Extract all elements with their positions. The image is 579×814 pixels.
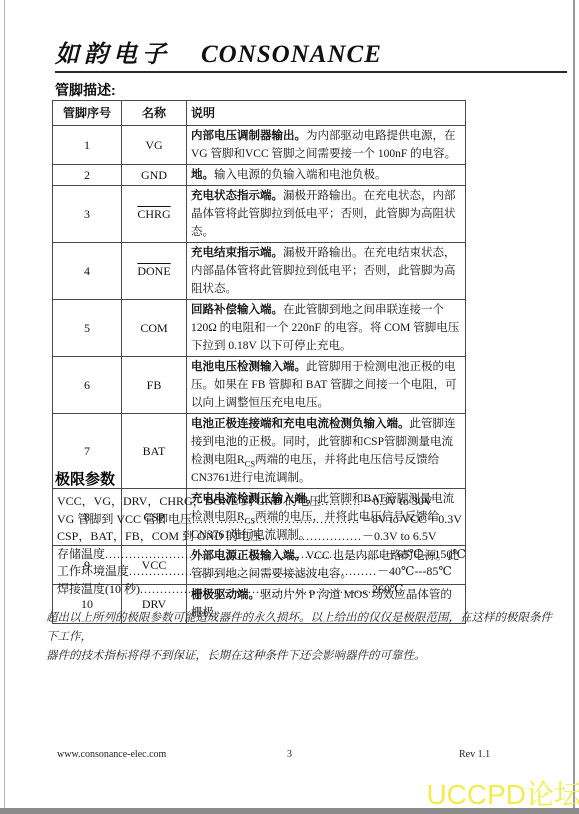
pin-name-cell: CHRG: [122, 186, 187, 243]
pin-desc-cell: 地。输入电源的负输入端和电池负极。: [187, 165, 466, 186]
pin-number-cell: 5: [53, 300, 122, 357]
pin-number-cell: 6: [53, 357, 122, 414]
limit-line: 工作环境温度..................................…: [57, 563, 497, 581]
pin-table-header-row: 管脚序号 名称 说明: [53, 101, 466, 126]
pin-desc-cell: 充电结束指示端。漏极开路输出。在充电结束状态，内部晶体管将此管脚拉到低电平；否则…: [187, 243, 466, 300]
page-header: 如韵电子 CONSONANCE: [55, 34, 382, 69]
pin-desc-cell: 充电状态指示端。漏极开路输出。在充电状态，内部晶体管将此管脚拉到低电平；否则，此…: [187, 186, 466, 243]
note-line: 器件的技术指标将得不到保证，长期在这种条件下还会影响器件的可靠性。: [46, 647, 558, 666]
pin-desc-cell: 电池电压检测输入端。此管脚用于检测电池正极的电压。如果在 FB 管脚和 BAT …: [187, 357, 466, 414]
company-logo-english: CONSONANCE: [201, 41, 382, 69]
limit-line: CSP，BAT，FB，COM 到 GND 的电压................…: [57, 528, 497, 546]
pin-number-cell: 3: [53, 186, 122, 243]
table-row: 2GND地。输入电源的负输入端和电池负极。: [53, 165, 466, 186]
pin-name-cell: GND: [122, 165, 187, 186]
forum-watermark: UCCPD论坛: [426, 773, 579, 813]
pin-number-cell: 4: [53, 243, 122, 300]
limit-line: 焊接温度(10 秒)..............................…: [57, 581, 497, 599]
pin-number-cell: 1: [53, 126, 122, 165]
pin-desc-header: 说明: [187, 101, 466, 126]
pin-name-header: 名称: [122, 101, 187, 126]
table-row: 3CHRG充电状态指示端。漏极开路输出。在充电状态，内部晶体管将此管脚拉到低电平…: [53, 186, 466, 243]
footer-revision: Rev 1.1: [459, 749, 490, 760]
company-logo-chinese: 如韵电子: [55, 34, 171, 69]
pin-description-title: 管脚描述:: [55, 80, 116, 100]
pin-name-cell: VG: [122, 126, 187, 165]
pin-name-cell: COM: [122, 300, 187, 357]
scan-left-edge: [4, 0, 5, 814]
pin-desc-cell: 回路补偿输入端。在此管脚到地之间串联连接一个 120Ω 的电阻和一个 220nF…: [187, 300, 466, 357]
pin-number-cell: 2: [53, 165, 122, 186]
limit-line: 存储温度....................................…: [57, 546, 497, 564]
limit-line: VG 管脚到 VCC 管脚电压.........................…: [57, 511, 497, 529]
footer-page-number: 3: [0, 749, 579, 760]
table-row: 4DONE充电结束指示端。漏极开路输出。在充电结束状态，内部晶体管将此管脚拉到低…: [53, 243, 466, 300]
limits-list: VCC，VG，DRV，CHRG，DONE 到 GND 的电压..........…: [57, 493, 497, 598]
pin-desc-cell: 内部电压调制器输出。为内部驱动电路提供电源，在 VG 管脚和VCC 管脚之间需要…: [187, 126, 466, 165]
scan-right-edge: [573, 0, 575, 814]
limits-note: 超出以上所列的极限参数可能造成器件的永久损坏。以上给出的仅仅是极限范围，在这样的…: [46, 609, 558, 666]
table-row: 5COM回路补偿输入端。在此管脚到地之间串联连接一个 120Ω 的电阻和一个 2…: [53, 300, 466, 357]
pin-name-cell: FB: [122, 357, 187, 414]
pin-desc-cell: 电池正极连接端和充电电流检测负输入端。此管脚连接到电池的正极。同时，此管脚和CS…: [187, 414, 466, 489]
limit-line: VCC，VG，DRV，CHRG，DONE 到 GND 的电压..........…: [57, 493, 497, 511]
table-row: 1VG内部电压调制器输出。为内部驱动电路提供电源，在 VG 管脚和VCC 管脚之…: [53, 126, 466, 165]
pin-name-cell: BAT: [122, 414, 187, 489]
page-footer: www.consonance-elec.com 3 Rev 1.1: [0, 749, 579, 763]
note-line: 超出以上所列的极限参数可能造成器件的永久损坏。以上给出的仅仅是极限范围，在这样的…: [46, 609, 558, 647]
limits-title: 极限参数: [55, 468, 115, 489]
pin-name-cell: DONE: [122, 243, 187, 300]
table-row: 6FB电池电压检测输入端。此管脚用于检测电池正极的电压。如果在 FB 管脚和 B…: [53, 357, 466, 414]
pin-number-header: 管脚序号: [53, 101, 122, 126]
datasheet-page: 如韵电子 CONSONANCE 管脚描述: 管脚序号 名称 说明 1VG内部电压…: [0, 0, 579, 814]
header-divider: [55, 71, 567, 73]
